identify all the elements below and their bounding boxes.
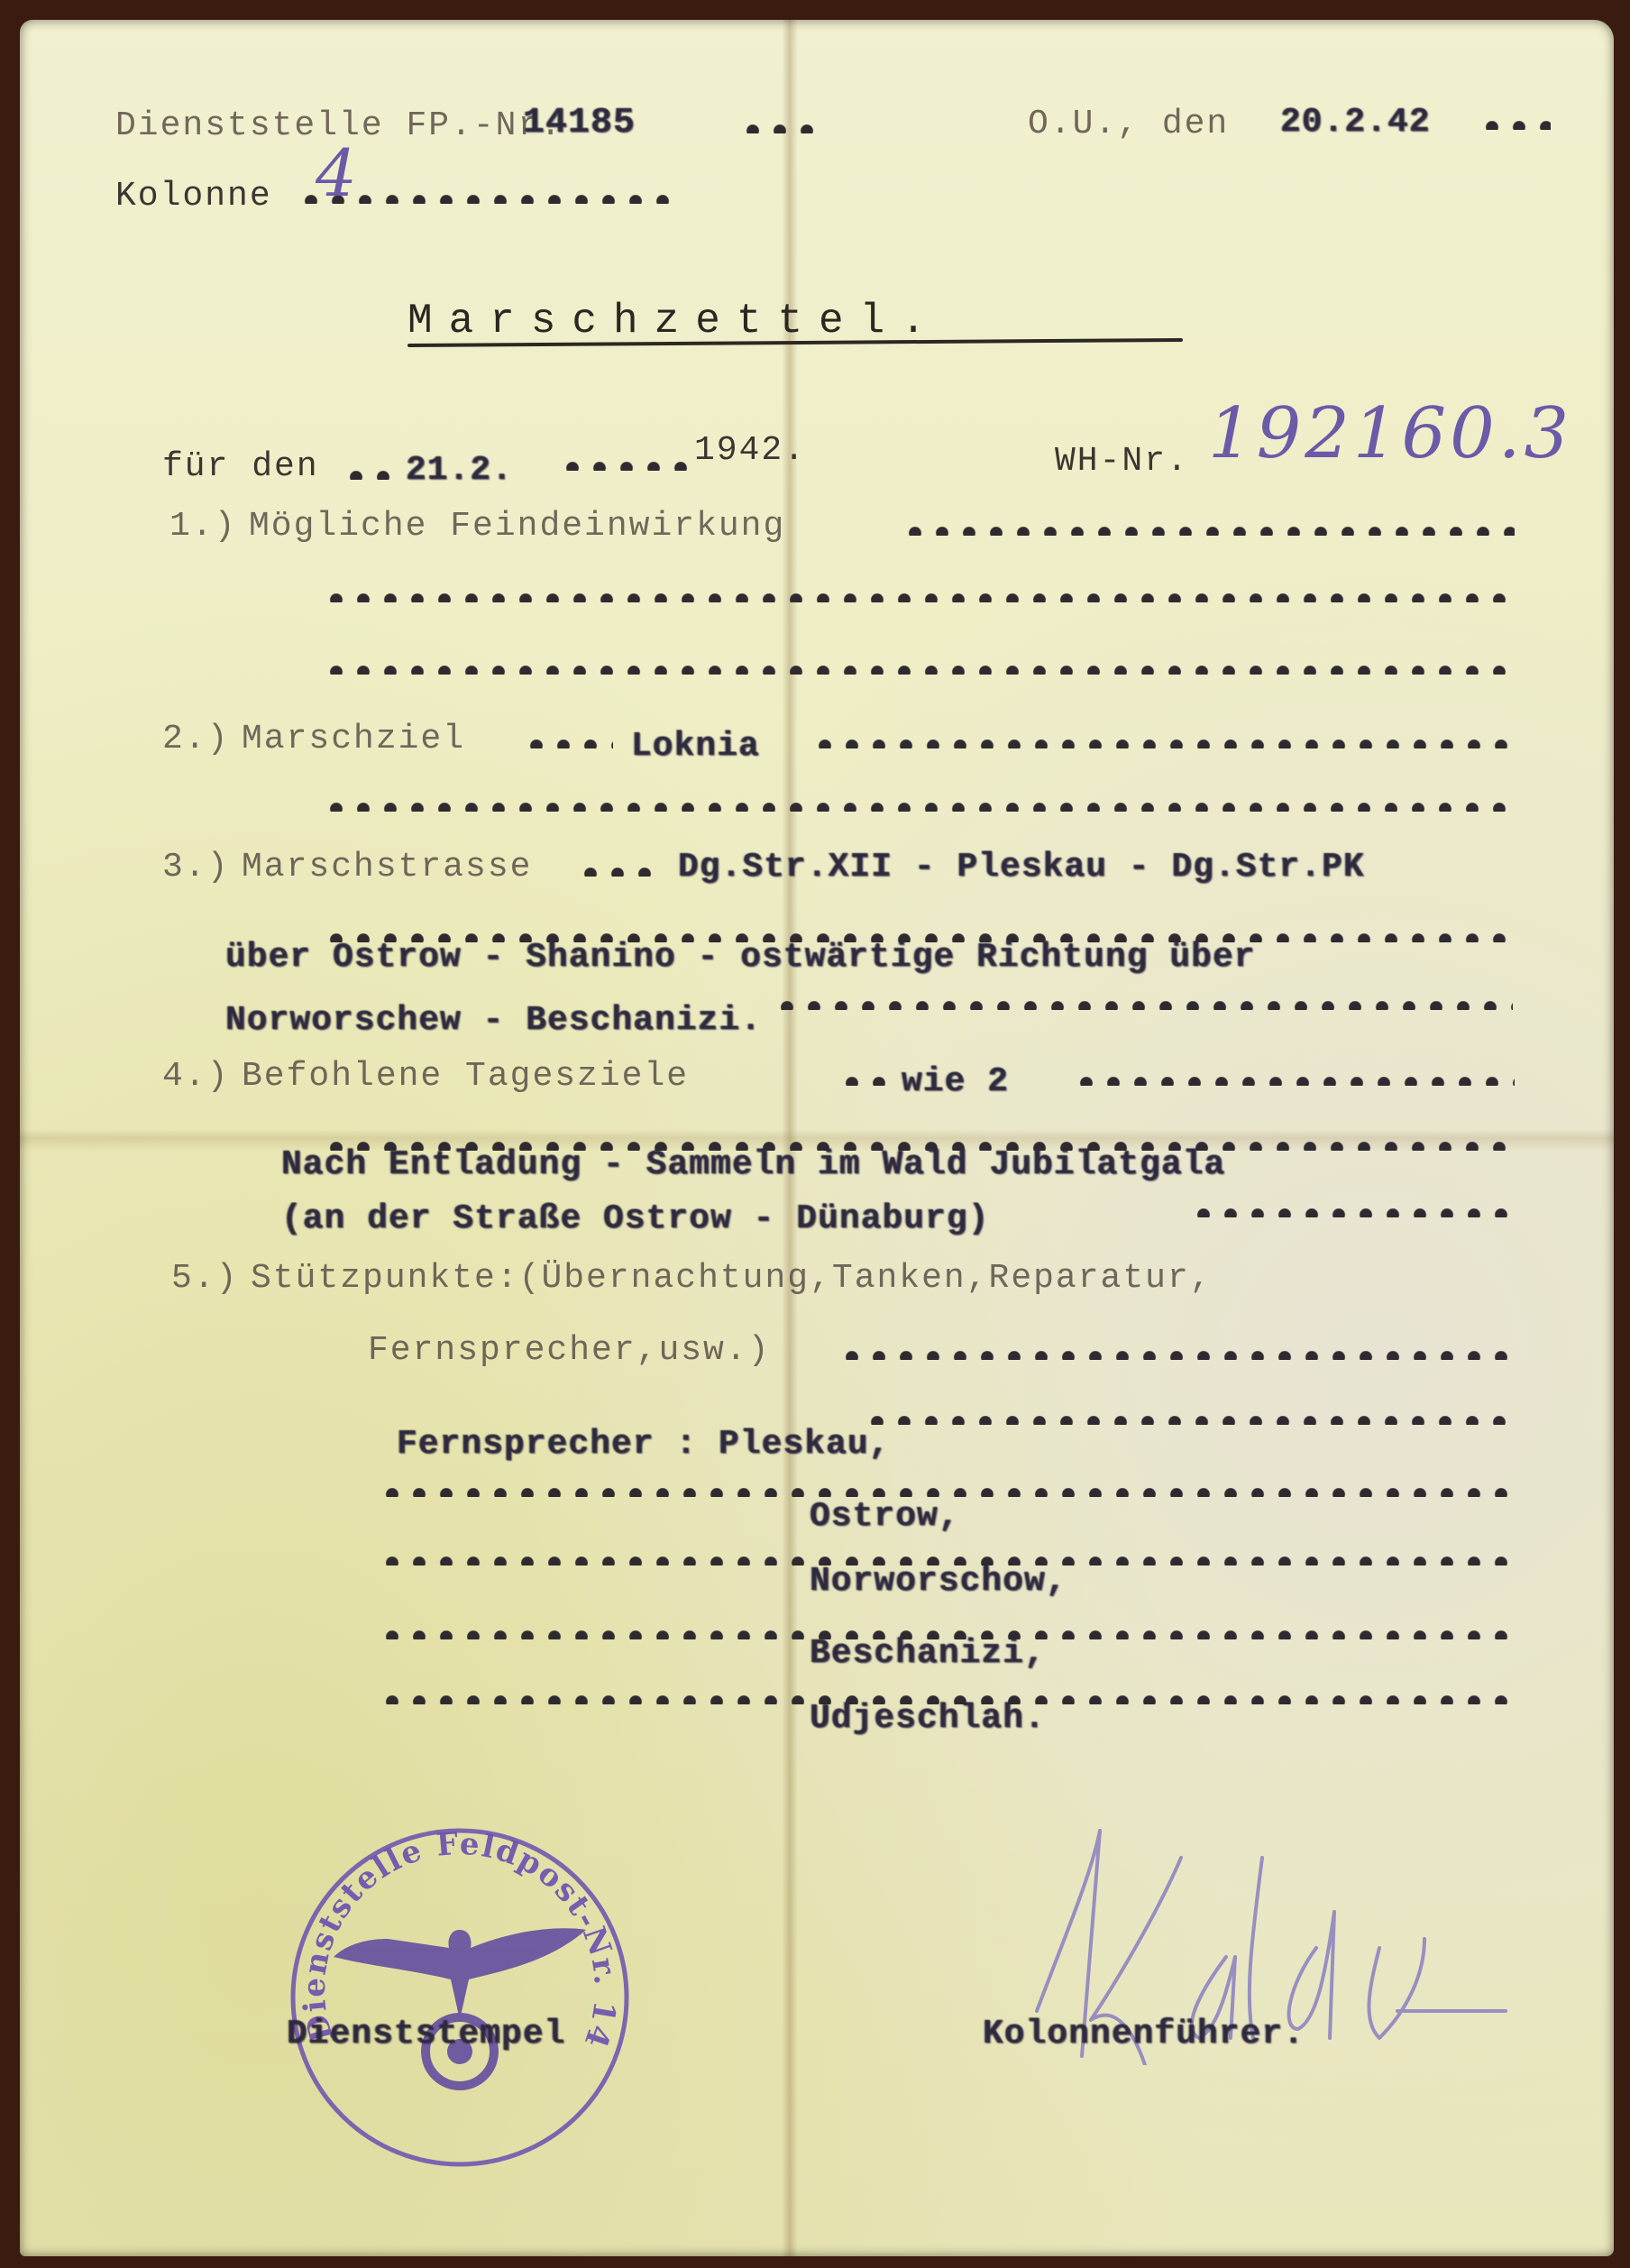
dotted-line (1073, 1077, 1515, 1086)
item-5-value-5: Udjeschlah. (810, 1699, 1046, 1738)
item-1-number: 1.) (169, 507, 236, 546)
dotted-line (523, 739, 613, 748)
official-stamp: Dienststelle Feldpost-Nr. 14185 (279, 1813, 640, 2173)
dotted-line (323, 803, 1513, 812)
header-date: 20.2.42 (1280, 103, 1431, 142)
item-4-value-1: wie 2 (902, 1062, 1009, 1101)
item-4-number: 4.) (162, 1057, 229, 1096)
dotted-line (902, 527, 1515, 536)
item-2-value: Loknia (631, 727, 760, 766)
dotted-line (577, 868, 658, 877)
day-month: 21.2. (406, 451, 513, 490)
dotted-line (323, 666, 1513, 675)
office-number: 14185 (523, 103, 636, 143)
item-3-value-2: über Ostrow - Shanino - ostwärtige Richt… (225, 938, 1256, 977)
item-4-value-2: Nach Entladung - Sammeln im Wald Jubilat… (281, 1145, 1225, 1184)
year: 1942. (694, 431, 806, 470)
stamp-caption: Dienststempel (287, 2015, 565, 2053)
dotted-line (559, 462, 694, 471)
item-5-number: 5.) (171, 1259, 238, 1298)
item-1-label: Mögliche Feindeinwirkung (249, 507, 785, 546)
item-5-label: Stützpunkte:(Übernachtung,Tanken,Reparat… (251, 1259, 1213, 1298)
dotted-line (343, 471, 397, 480)
dotted-line (739, 124, 820, 133)
wh-label: WH-Nr. (1055, 442, 1189, 481)
dotted-line (774, 1001, 1513, 1010)
item-2-label: Marschziel (242, 720, 465, 758)
dotted-line (323, 593, 1513, 602)
item-5-value-2: Ostrow, (810, 1497, 960, 1536)
dotted-line (838, 1077, 893, 1086)
item-3-value-3: Norworschew - Beschanizi. (225, 1001, 762, 1040)
place-date-label: O.U., den (1028, 105, 1229, 143)
page-title: Marschzettel. (407, 298, 942, 344)
for-label: für den (162, 447, 319, 486)
dotted-line (379, 1488, 1515, 1497)
eagle-emblem (334, 1928, 586, 2086)
item-5-value-3: Norworschow, (810, 1562, 1067, 1601)
item-3-number: 3.) (162, 848, 229, 886)
item-3-value-1: Dg.Str.XII - Pleskau - Dg.Str.PK (678, 848, 1365, 886)
item-4-value-3: (an der Straße Ostrow - Dünaburg) (281, 1199, 990, 1238)
item-5-label-cont: Fernsprecher,usw.) (368, 1331, 770, 1370)
dotted-line (811, 739, 1515, 748)
item-2-number: 2.) (162, 720, 229, 758)
dotted-line (864, 1416, 1513, 1425)
dotted-line (838, 1351, 1515, 1360)
item-3-label: Marschstrasse (242, 848, 532, 886)
item-5-value-4: Beschanizi, (810, 1634, 1046, 1673)
column-number-handwritten: 4 (316, 135, 361, 211)
dotted-line (1479, 121, 1551, 130)
item-4-label: Befohlene Tagesziele (242, 1057, 689, 1096)
item-5-value-1: Fernsprecher : Pleskau, (397, 1425, 891, 1464)
dotted-line (1190, 1208, 1515, 1217)
signature-caption: Kolonnenführer. (983, 2015, 1305, 2053)
wh-number-handwritten: 192160.3 (1208, 393, 1572, 474)
column-label: Kolonne (115, 177, 272, 216)
